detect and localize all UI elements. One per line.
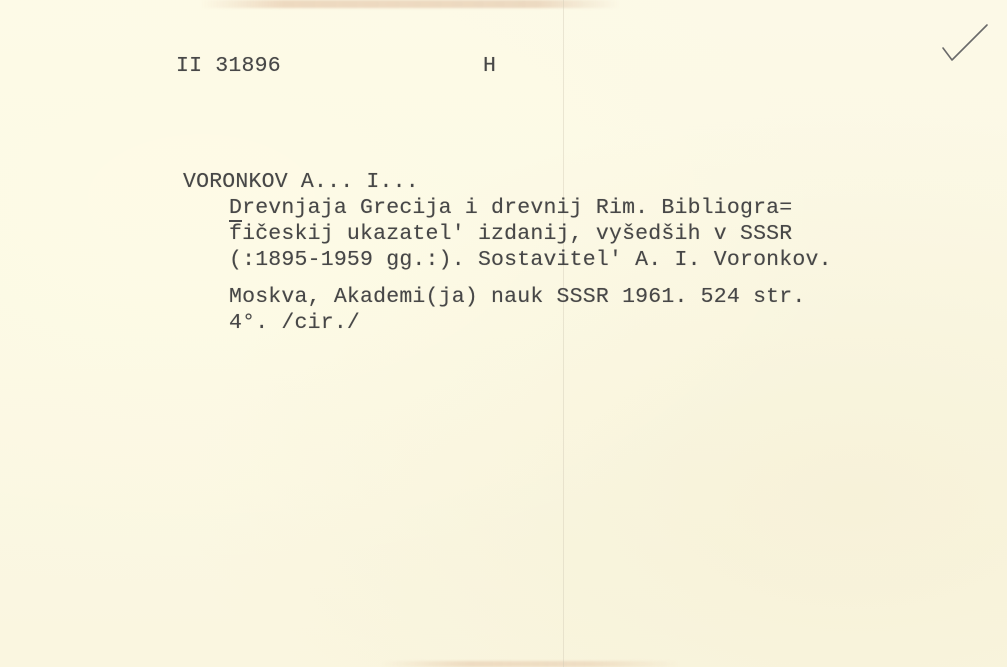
imprint-line: Moskva, Akademi(ja) nauk SSSR 1961. 524 … — [229, 287, 806, 309]
author-heading: VORONKOV A... I... — [183, 172, 419, 194]
title-line-3: (:1895-1959 gg.:). Sostavitel' A. I. Vor… — [229, 250, 832, 272]
format-line: 4°. /cir./ — [229, 313, 360, 335]
paper-stain-top — [200, 0, 620, 8]
location-mark: H — [483, 56, 496, 78]
title-line-2: fičeskij ukazatel' izdanij, vyšedših v S… — [229, 224, 792, 246]
paper-crease — [563, 0, 564, 667]
check-mark-icon — [940, 22, 990, 64]
paper-stain-bottom — [380, 661, 680, 667]
catalog-card: II 31896 H VORONKOV A... I... Drevnjaja … — [0, 0, 1007, 667]
title-line-1: Drevnjaja Grecija i drevnij Rim. Bibliog… — [229, 198, 792, 220]
call-number: II 31896 — [176, 56, 281, 78]
